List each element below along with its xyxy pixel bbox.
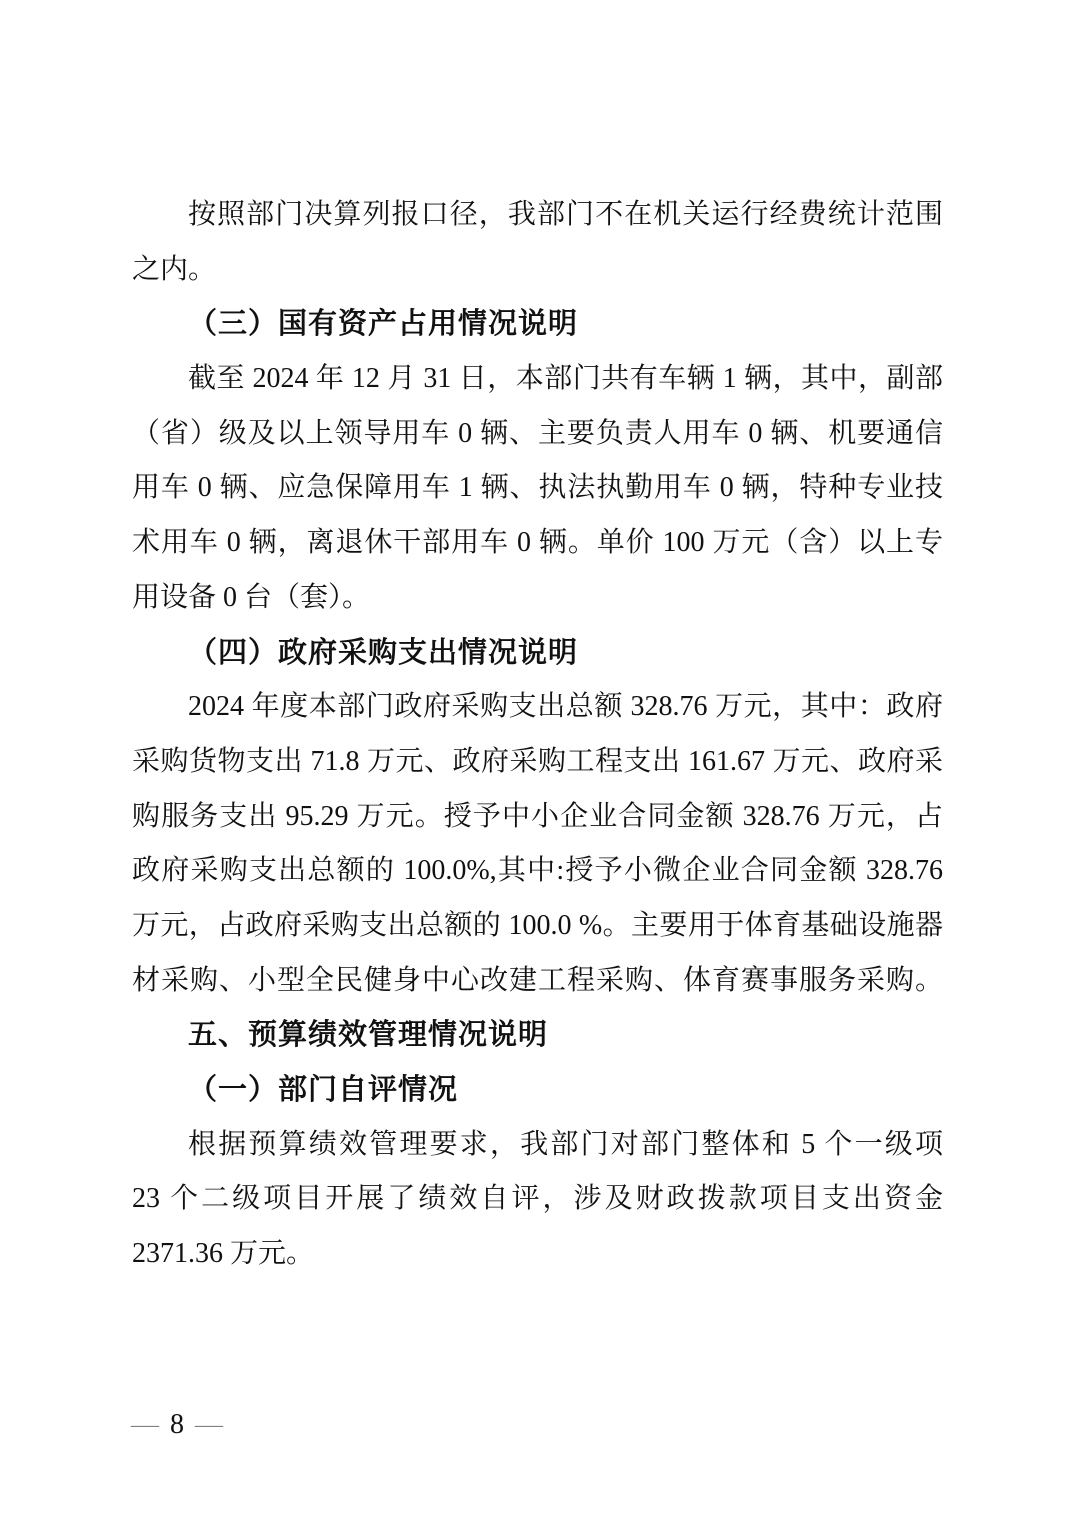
page-number: 8	[170, 1411, 184, 1439]
paragraph-line: 用设备 0 台（套）。	[132, 571, 943, 626]
paragraph-line: 采购货物支出 71.8 万元、政府采购工程支出 161.67 万元、政府采	[132, 735, 943, 790]
paragraph-line: 根据预算绩效管理要求，我部门对部门整体和 5 个一级项目、	[132, 1118, 943, 1173]
paragraph-line: 2371.36 万元。	[132, 1227, 943, 1282]
document-page: 按照部门决算列报口径，我部门不在机关运行经费统计范围 之内。 （三）国有资产占用…	[0, 0, 1075, 1521]
section-heading: （四）政府采购支出情况说明	[132, 626, 943, 681]
paragraph-line: 购服务支出 95.29 万元。授予中小企业合同金额 328.76 万元，占	[132, 790, 943, 845]
section-heading: （三）国有资产占用情况说明	[132, 297, 943, 352]
page-footer: — 8 —	[131, 1408, 223, 1442]
paragraph-line: 截至 2024 年 12 月 31 日，本部门共有车辆 1 辆，其中，副部	[132, 352, 943, 407]
paragraph-line: 术用车 0 辆，离退休干部用车 0 辆。单价 100 万元（含）以上专	[132, 516, 943, 571]
paragraph-line: 之内。	[132, 243, 943, 298]
footer-dash-left: —	[131, 1414, 159, 1436]
paragraph-line: 按照部门决算列报口径，我部门不在机关运行经费统计范围	[132, 188, 943, 243]
paragraph-line: 用车 0 辆、应急保障用车 1 辆、执法执勤用车 0 辆，特种专业技	[132, 461, 943, 516]
document-content: 按照部门决算列报口径，我部门不在机关运行经费统计范围 之内。 （三）国有资产占用…	[132, 188, 943, 1282]
paragraph-line: 万元，占政府采购支出总额的 100.0 %。主要用于体育基础设施器	[132, 899, 943, 954]
paragraph-line: 政府采购支出总额的 100.0%,其中:授予小微企业合同金额 328.76	[132, 844, 943, 899]
section-heading: （一）部门自评情况	[132, 1063, 943, 1118]
paragraph-line: （省）级及以上领导用车 0 辆、主要负责人用车 0 辆、机要通信	[132, 407, 943, 462]
paragraph-line: 23 个二级项目开展了绩效自评，涉及财政拨款项目支出资金	[132, 1172, 943, 1227]
footer-dash-right: —	[195, 1414, 223, 1436]
paragraph-line: 材采购、小型全民健身中心改建工程采购、体育赛事服务采购。	[132, 954, 943, 1009]
paragraph-line: 2024 年度本部门政府采购支出总额 328.76 万元，其中：政府	[132, 680, 943, 735]
chapter-heading: 五、预算绩效管理情况说明	[132, 1008, 943, 1063]
